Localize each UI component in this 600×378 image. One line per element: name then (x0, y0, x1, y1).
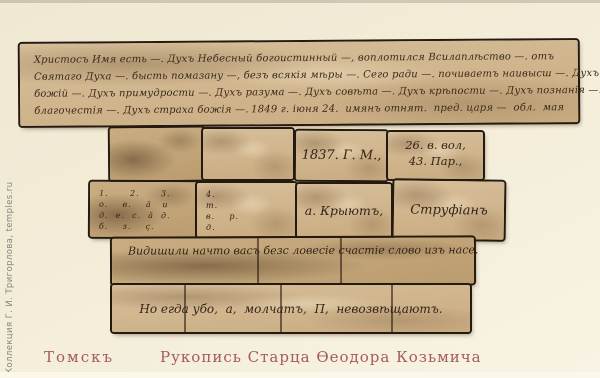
brick-kryut-text: а. Крыютъ, (297, 184, 391, 237)
brick-date-year-text: 1837. Г. М., (296, 131, 387, 181)
brick-date-year: 1837. Г. М., (296, 131, 387, 181)
cipher2-line-3: в. р. (206, 211, 296, 222)
strip-row-4: Но егда убо, а, молчатъ, П, невозвѣщаютъ… (112, 285, 470, 332)
cipher2-line-2: т. (206, 200, 296, 211)
manuscript-strip-top: Христосъ Имя есть —. Духъ Небесный богои… (20, 40, 579, 126)
strip-row-3-text: Видишили начто васъ безс ловесіе счастіе… (112, 237, 474, 257)
caption-title: Рукопись Старца Ѳеодора Козьмича (160, 348, 482, 366)
postcard-photo: Коллекция Г. И. Тригорлова, temples.ru Х… (0, 0, 600, 378)
collection-watermark: Коллекция Г. И. Тригорлова, temples.ru (5, 182, 15, 374)
cipher-line-1: 1. 2. 3. (99, 188, 197, 200)
cipher-line-4: б. з. ҫ. (99, 221, 197, 233)
handwriting-line-4: благочестія —. Духъ страха божія —. 1849… (34, 99, 570, 120)
cipher-line-2: о. в. ӓ и (99, 199, 197, 211)
cipher2-line-1: 4. (206, 189, 296, 200)
caption-city: Томскъ (44, 348, 114, 366)
strip-row-3: Видишили начто васъ безс ловесіе счастіе… (112, 237, 474, 284)
brick-strufian: Струфіанъ (394, 180, 505, 240)
brick-date-detail-line-1: 26. в. вол, (388, 137, 483, 153)
handwriting-line-4-right: 1849 г. іюня 24. имянъ отнят. пред. царя… (251, 99, 564, 118)
brick-strufian-text: Струфіанъ (394, 180, 505, 240)
brick-date-detail-line-2: 43. Пар., (388, 153, 483, 169)
strip-row-4-text: Но егда убо, а, молчатъ, П, невозвѣщаютъ… (112, 285, 470, 332)
cipher-line-3: д. е. с. ӓ д. (99, 210, 197, 222)
cipher2-line-4: д. (206, 222, 296, 233)
handwriting-line-4-left: благочестія —. Духъ страха божія —. (34, 101, 249, 119)
brick-cipher-grid-2: 4. т. в. р. д. (197, 183, 296, 237)
brick-blank-2 (203, 129, 293, 179)
brick-date-detail: 26. в. вол, 43. Пар., (388, 132, 483, 179)
brick-kryut: а. Крыютъ, (297, 184, 391, 237)
brick-cipher-grid: 1. 2. 3. о. в. ӓ и д. е. с. ӓ д. б. з. ҫ… (90, 182, 197, 238)
brick-blank-1 (110, 128, 203, 181)
